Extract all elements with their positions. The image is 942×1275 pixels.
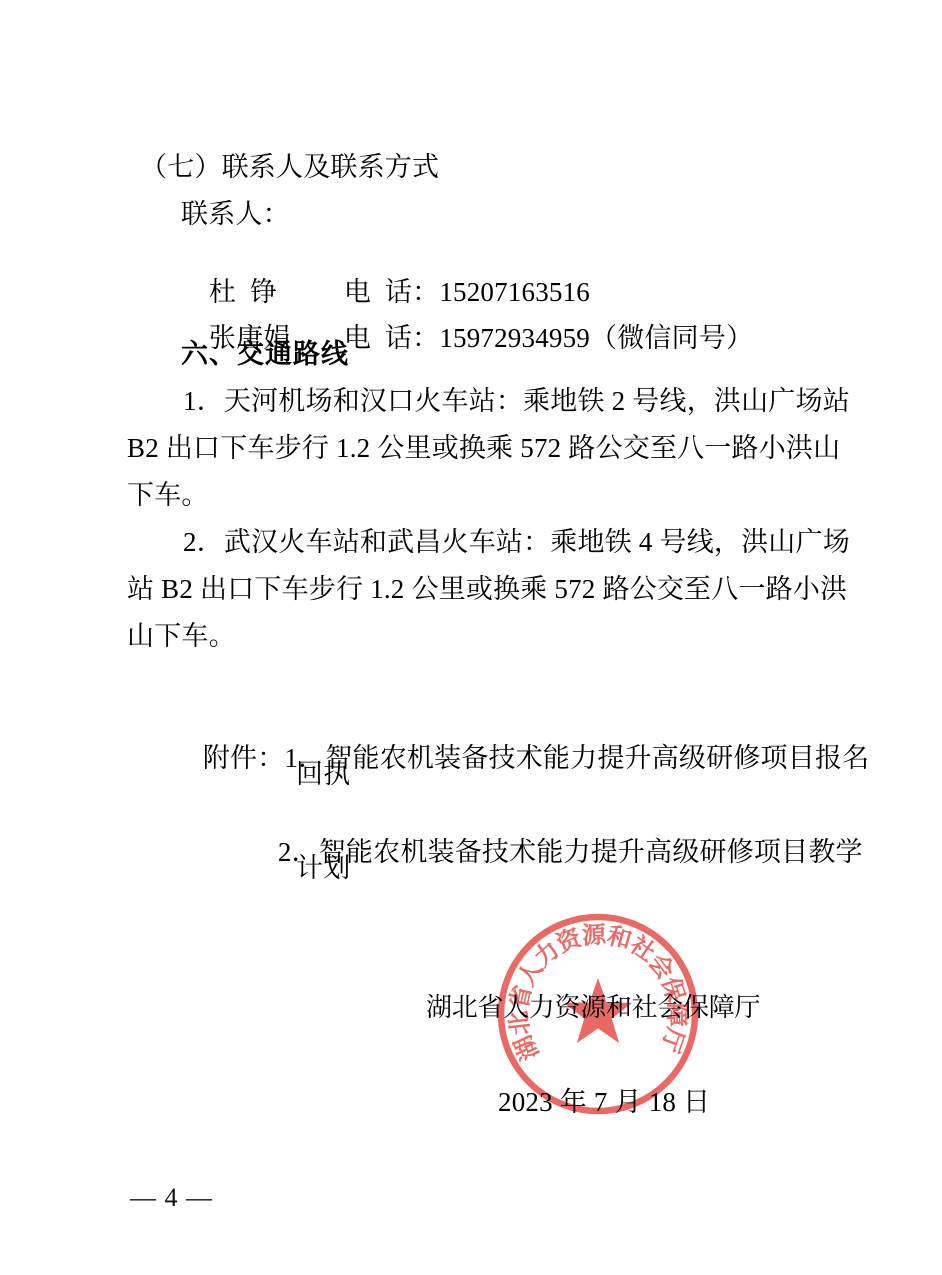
attachments-row-1: 附件：1．智能农机装备技术能力提升高级研修项目报名 — [175, 712, 869, 805]
section-heading-7: （七）联系人及联系方式 — [140, 152, 439, 183]
phone-number: 15972934959 — [439, 323, 590, 353]
attachment-title-continuation: 计划 — [296, 853, 350, 884]
route2-line1: 2．武汉火车站和武昌火车站：乘地铁 4 号线，洪山广场 — [183, 527, 850, 558]
route1-line1: 1．天河机场和汉口火车站：乘地铁 2 号线，洪山广场站 — [183, 386, 850, 417]
route1-line3: 下车。 — [127, 480, 209, 511]
attachments-label: 附件： — [203, 743, 285, 773]
attachment-title: 智能农机装备技术能力提升高级研修项目教学 — [319, 837, 863, 867]
seal-star-icon — [564, 978, 632, 1043]
section-heading-6: 六、交通路线 — [181, 339, 349, 370]
document-page: （七）联系人及联系方式 联系人： 杜 铮电 话：15207163516 张唐娟电… — [0, 0, 942, 1275]
phone-label: 电 话： — [344, 323, 440, 353]
attachment-title-continuation: 回执 — [296, 759, 350, 790]
wechat-note: （微信同号） — [590, 323, 753, 353]
attachment-title: 智能农机装备技术能力提升高级研修项目报名 — [325, 743, 869, 773]
route2-line3: 山下车。 — [127, 621, 236, 652]
route2-line2: 站 B2 出口下车步行 1.2 公里或换乘 572 路公交至八一路小洪 — [127, 574, 847, 605]
route1-line2: B2 出口下车步行 1.2 公里或换乘 572 路公交至八一路小洪山 — [127, 433, 840, 464]
official-seal-icon: 湖北省人力资源和社会保障厅 — [488, 904, 708, 1124]
contact-intro: 联系人： — [181, 199, 290, 230]
page-number: — 4 — — [130, 1183, 213, 1213]
